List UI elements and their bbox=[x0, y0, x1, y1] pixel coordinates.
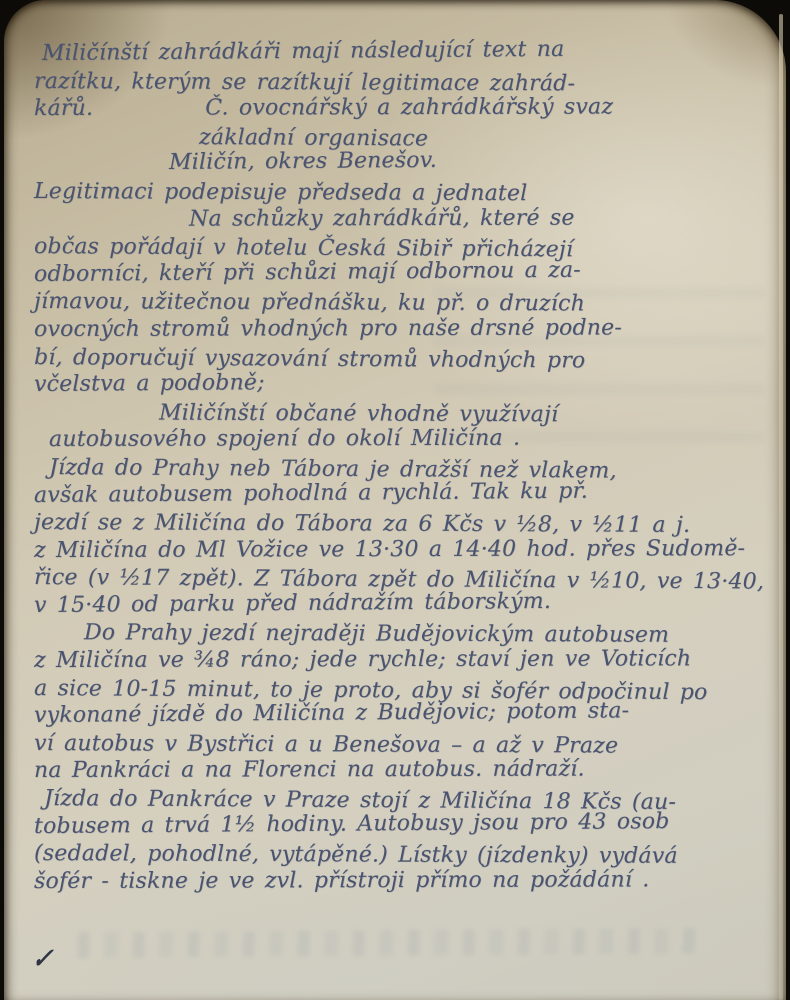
handwritten-line: avšak autobusem pohodlná a rychlá. Tak k… bbox=[34, 476, 770, 509]
handwritten-line: odborníci, kteří při schůzi mají odborno… bbox=[34, 255, 770, 288]
book-page: Miličínští zahrádkáři mají následující t… bbox=[4, 0, 786, 1000]
handwritten-line: Na schůzky zahrádkářů, které se bbox=[34, 204, 770, 234]
show-through-ghost bbox=[64, 928, 704, 958]
page-edge-highlight bbox=[779, 14, 783, 1000]
handwritten-line: šofér - tiskne je ve zvl. přístroji přím… bbox=[34, 866, 770, 896]
handwritten-line: včelstva a podobně; bbox=[34, 365, 770, 398]
handwritten-line: z Miličína do Ml Vožice ve 13·30 a 14·40… bbox=[34, 535, 770, 565]
handwritten-line: tobusem a trvá 1½ hodiny. Autobusy jsou … bbox=[34, 807, 770, 840]
handwritten-line: z Miličína ve ¾8 ráno; jede rychle; stav… bbox=[34, 645, 770, 675]
handwritten-line: v 15·40 od parku před nádražím táborským… bbox=[34, 586, 770, 619]
handwritten-line: vykonané jízdě do Miličína z Budějovic; … bbox=[34, 696, 770, 729]
margin-checkmark: ✓ bbox=[31, 943, 54, 975]
handwritten-line: ovocných stromů vhodných pro naše drsné … bbox=[34, 314, 770, 344]
handwritten-line: autobusového spojení do okolí Miličína . bbox=[34, 424, 770, 454]
photographed-page: Miličínští zahrádkáři mají následující t… bbox=[0, 0, 790, 1000]
handwritten-line: na Pankráci a na Florenci na autobus. ná… bbox=[34, 756, 770, 786]
handwritten-line: Miličínští zahrádkáři mají následující t… bbox=[34, 34, 770, 67]
handwritten-line: Miličín, okres Benešov. bbox=[34, 145, 770, 178]
page-text: Miličínští zahrádkáři mají následující t… bbox=[34, 40, 770, 895]
handwritten-line: kářů. Č. ovocnářský a zahrádkářský svaz bbox=[34, 93, 770, 123]
